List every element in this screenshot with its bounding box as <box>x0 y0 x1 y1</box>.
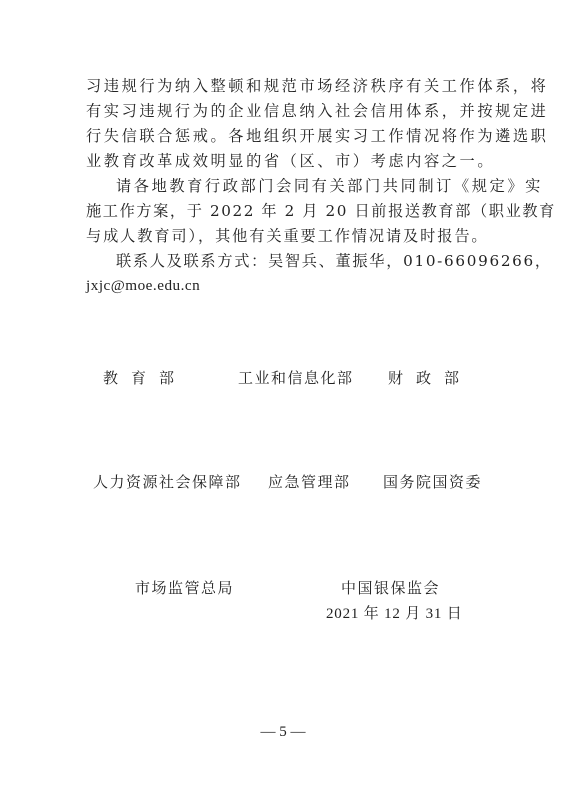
paragraph1-line-1: 习违规行为纳入整顿和规范市场经济秩序有关工作体系，将 <box>86 76 480 96</box>
signature-samr: 市场监管总局 <box>135 578 234 598</box>
paragraph1-line-3: 行失信联合惩戒。各地组织开展实习工作情况将作为遴选职 <box>86 126 480 146</box>
paragraph1-line-4: 业教育改革成效明显的省（区、市）考虑内容之一。 <box>86 151 480 171</box>
contact-email: jxjc@moe.edu.cn <box>86 276 480 296</box>
signature-miit: 工业和信息化部 <box>238 368 354 388</box>
page-number: — 5 — <box>0 722 566 742</box>
signature-mof: 财政部 <box>388 368 472 388</box>
document-page: 习违规行为纳入整顿和规范市场经济秩序有关工作体系，将 有实习违规行为的企业信息纳… <box>0 0 566 800</box>
paragraph1-line-2: 有实习违规行为的企业信息纳入社会信用体系，并按规定进 <box>86 101 480 121</box>
paragraph2-line-1: 请各地教育行政部门会同有关部门共同制订《规定》实 <box>116 176 480 196</box>
paragraph2-line-3: 与成人教育司），其他有关重要工作情况请及时报告。 <box>86 226 480 246</box>
signature-cbirc: 中国银保监会 <box>341 578 440 598</box>
signature-mohrss: 人力资源社会保障部 <box>93 472 242 492</box>
signature-mem: 应急管理部 <box>268 472 351 492</box>
document-date: 2021 年 12 月 31 日 <box>326 604 463 624</box>
signature-sasac: 国务院国资委 <box>383 472 482 492</box>
signature-moe: 教育部 <box>103 368 187 388</box>
paragraph2-line-2: 施工作方案，于 2022 年 2 月 20 日前报送教育部（职业教育 <box>86 201 480 221</box>
contact-line: 联系人及联系方式：吴智兵、董振华，010-66096266， <box>116 251 480 271</box>
